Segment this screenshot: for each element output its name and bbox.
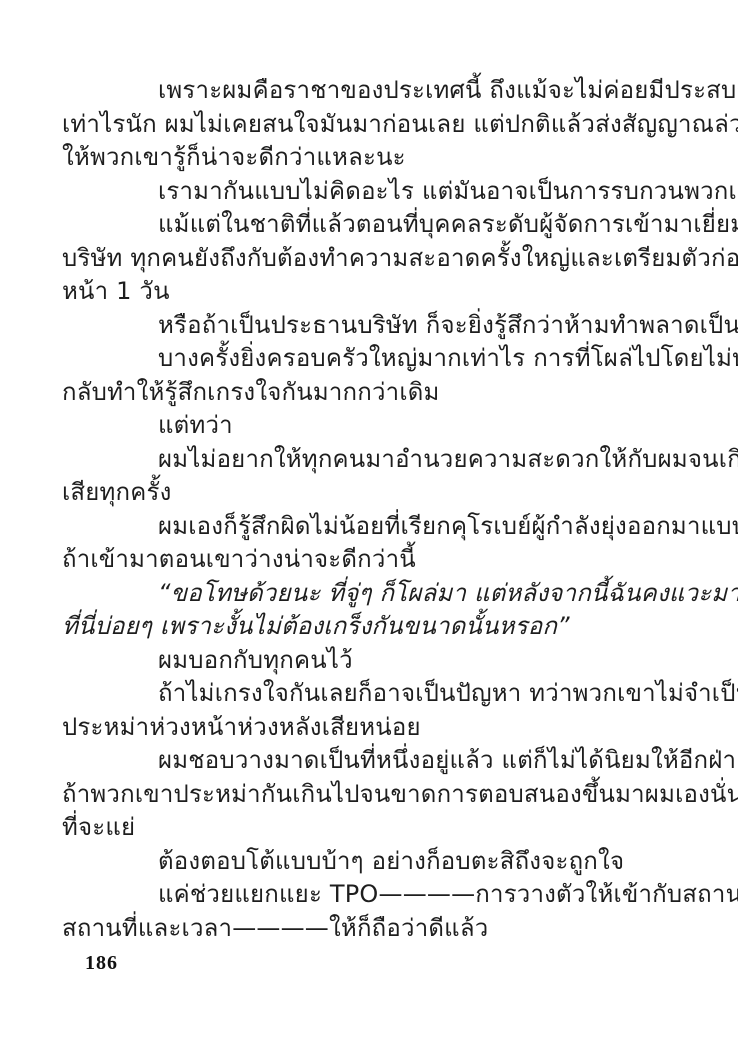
text-line-21: ผมชอบวางมาดเป็นที่หนึ่งอยู่แล้ว แต่ก็ไม่… (62, 744, 678, 778)
text-line-13: เสียทุกครั้ง (62, 476, 678, 510)
text-line-10: กลับทำให้รู้สึกเกรงใจกันมากกว่าเดิม (62, 376, 678, 410)
text-line-25: แค่ช่วยแยกแยะ TPO————การวางตัวให้เข้ากับ… (62, 878, 678, 912)
text-line-6: บริษัท ทุกคนยังถึงกับต้องทำความสะอาดครั้… (62, 242, 678, 276)
text-line-9: บางครั้งยิ่งครอบครัวใหญ่มากเท่าไร การที่… (62, 342, 678, 376)
text-line-20: ประหม่าห่วงหน้าห่วงหลังเสียหน่อย (62, 711, 678, 745)
text-line-12: ผมไม่อยากให้ทุกคนมาอำนวยความสะดวกให้กับผ… (62, 443, 678, 477)
text-line-15: ถ้าเข้ามาตอนเขาว่างน่าจะดีกว่านี้ (62, 543, 678, 577)
text-line-1: เพราะผมคือราชาของประเทศนี้ ถึงแม้จะไม่ค่… (62, 74, 678, 108)
text-line-23: ที่จะแย่ (62, 811, 678, 845)
text-line-26: สถานที่และเวลา————ให้ก็ถือว่าดีแล้ว (62, 912, 678, 946)
text-line-7: หน้า 1 วัน (62, 275, 678, 309)
text-line-3: ให้พวกเขารู้ก็น่าจะดีกว่าแหละนะ (62, 141, 678, 175)
text-line-24: ต้องตอบโต้แบบบ้าๆ อย่างก็อบตะสิถึงจะถูกใ… (62, 845, 678, 879)
text-line-16: “ขอโทษด้วยนะ ที่จู่ๆ ก็โผล่มา แต่หลังจาก… (62, 577, 678, 611)
page-number: 186 (85, 952, 118, 975)
text-line-14: ผมเองก็รู้สึกผิดไม่น้อยที่เรียกคุโรเบย์ผ… (62, 510, 678, 544)
text-line-5: แม้แต่ในชาติที่แล้วตอนที่บุคคลระดับผู้จั… (62, 208, 678, 242)
text-line-2: เท่าไรนัก ผมไม่เคยสนใจมันมาก่อนเลย แต่ปก… (62, 108, 678, 142)
text-line-18: ผมบอกกับทุกคนไว้ (62, 644, 678, 678)
text-line-19: ถ้าไม่เกรงใจกันเลยก็อาจเป็นปัญหา ทว่าพวก… (62, 677, 678, 711)
body-text: เพราะผมคือราชาของประเทศนี้ ถึงแม้จะไม่ค่… (62, 74, 678, 945)
text-line-8: หรือถ้าเป็นประธานบริษัท ก็จะยิ่งรู้สึกว่… (62, 309, 678, 343)
text-line-11: แต่ทว่า (62, 409, 678, 443)
book-page: เพราะผมคือราชาของประเทศนี้ ถึงแม้จะไม่ค่… (0, 0, 738, 1051)
text-line-4: เรามากันแบบไม่คิดอะไร แต่มันอาจเป็นการรบ… (62, 175, 678, 209)
text-line-22: ถ้าพวกเขาประหม่ากันเกินไปจนขาดการตอบสนอง… (62, 778, 678, 812)
text-line-17: ที่นี่บ่อยๆ เพราะงั้นไม่ต้องเกร็งกันขนาด… (62, 610, 678, 644)
